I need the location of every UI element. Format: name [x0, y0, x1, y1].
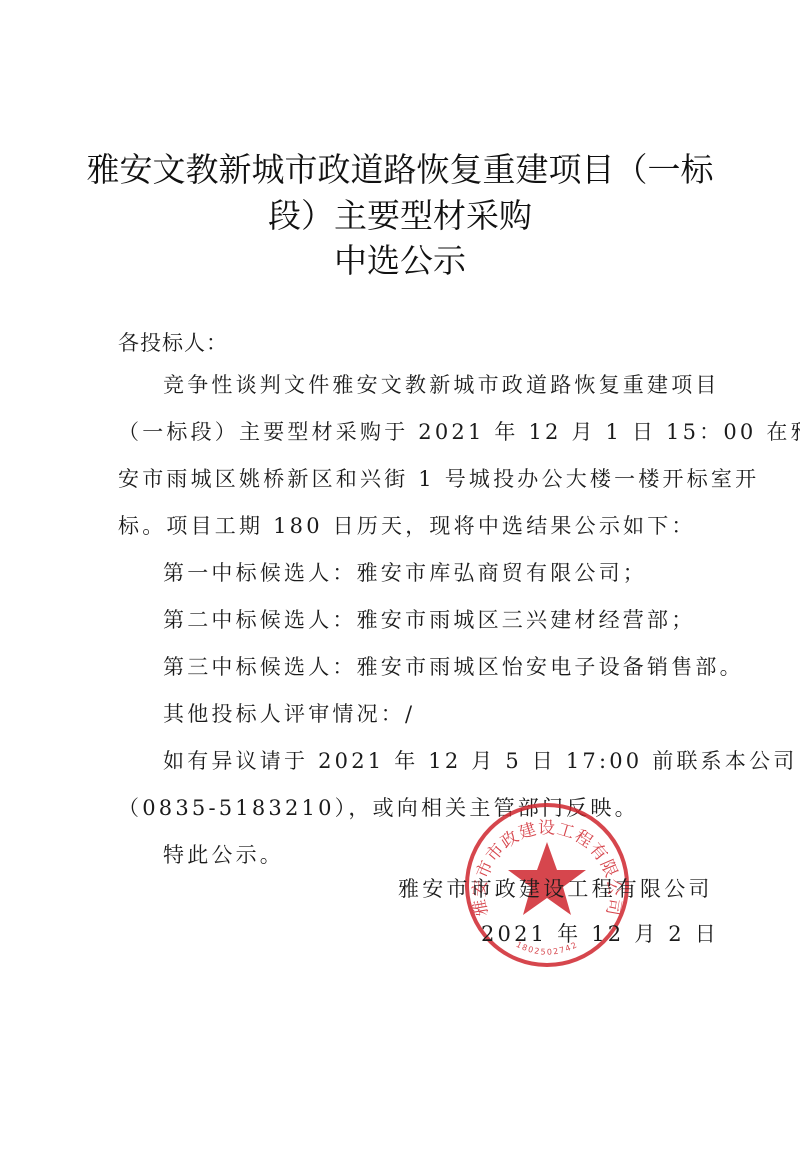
document-title-line-3: 中选公示 — [0, 235, 800, 282]
document-title-line-1: 雅安文教新城市政道路恢复重建项目（一标 — [0, 144, 800, 191]
intro-line-2: （一标段）主要型材采购于 2021 年 12 月 1 日 15：00 在雅 — [118, 416, 800, 446]
intro-line-1: 竞争性谈判文件雅安文教新城市政道路恢复重建项目 — [163, 369, 720, 399]
intro-line-3: 安市雨城区姚桥新区和兴街 1 号城投办公大楼一楼开标室开 — [118, 463, 759, 493]
candidate-second: 第二中标候选人：雅安市雨城区三兴建材经营部； — [163, 604, 695, 634]
intro-line-4: 标。项目工期 180 日历天，现将中选结果公示如下： — [118, 510, 696, 540]
closing-statement: 特此公示。 — [163, 839, 284, 869]
signer-company: 雅安市市政建设工程有限公司 — [398, 873, 713, 903]
signature-date: 2021 年 12 月 2 日 — [481, 918, 719, 948]
document-title-line-2: 段）主要型材采购 — [0, 190, 800, 237]
objection-line-1: 如有异议请于 2021 年 12 月 5 日 17:00 前联系本公司 — [163, 745, 797, 775]
salutation: 各投标人： — [118, 327, 228, 357]
document-page: 雅安文教新城市政道路恢复重建项目（一标 段）主要型材采购 中选公示 各投标人： … — [0, 0, 800, 1165]
candidate-third: 第三中标候选人：雅安市雨城区怡安电子设备销售部。 — [163, 651, 744, 681]
other-bidders-review: 其他投标人评审情况：/ — [163, 698, 415, 728]
candidate-first: 第一中标候选人：雅安市库弘商贸有限公司； — [163, 557, 647, 587]
